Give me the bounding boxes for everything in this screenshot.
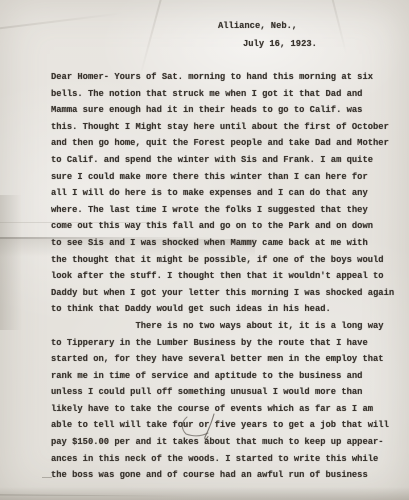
letter-line: sure I could make more there this winter… xyxy=(51,169,403,186)
place-line: Alliance, Neb., xyxy=(218,21,297,31)
letter-line: to see Sis and I was shocked when Mammy … xyxy=(51,235,403,252)
letter-line: to think that Daddy would get such ideas… xyxy=(51,301,403,318)
crease-mark xyxy=(0,12,124,30)
letter-line: There is no two ways about it, it is a l… xyxy=(51,318,403,335)
letter-line: able to tell will take four or five year… xyxy=(51,417,403,434)
letter-line: where. The last time I wrote the folks I… xyxy=(51,202,403,219)
letter-line: this. Thought I Might stay here until ab… xyxy=(51,119,403,136)
crease-mark xyxy=(331,0,348,55)
letter-body: Dear Homer- Yours of Sat. morning to han… xyxy=(51,69,403,484)
letter-page: Alliance, Neb., July 16, 1923. Dear Home… xyxy=(0,0,409,500)
letter-line: to Tipperary in the Lumber Business by t… xyxy=(51,335,403,352)
letter-line: bells. The notion that struck me when I … xyxy=(51,86,403,103)
crease-mark xyxy=(0,195,22,330)
crease-mark xyxy=(139,0,164,79)
date-line: July 16, 1923. xyxy=(243,39,317,49)
letter-line: started on, for they have several better… xyxy=(51,351,403,368)
letter-line: likely have to take the course of events… xyxy=(51,401,403,418)
letter-line: all I will do here is to make expenses a… xyxy=(51,185,403,202)
letter-line: look after the stuff. I thought then tha… xyxy=(51,268,403,285)
letter-line: Dear Homer- Yours of Sat. morning to han… xyxy=(51,69,403,86)
letter-line: to Calif. and spend the winter with Sis … xyxy=(51,152,403,169)
crease-mark xyxy=(0,494,185,496)
letter-line: the thought that it might be possible, i… xyxy=(51,252,403,269)
crease-mark xyxy=(0,487,409,500)
letter-line: rank me in time of service and aptitude … xyxy=(51,368,403,385)
letter-line: the boss was gone and of course had an a… xyxy=(51,467,403,484)
letter-line: unless I could pull off something unusua… xyxy=(51,384,403,401)
letter-line: ances in this neck of the woods. I start… xyxy=(51,451,403,468)
letter-line: Mamma sure enough had it in their heads … xyxy=(51,102,403,119)
letter-line: pay $150.00 per and it takes about that … xyxy=(51,434,403,451)
letter-line: come out this way this fall and go on to… xyxy=(51,218,403,235)
letter-line: and then go home, quit the Forest people… xyxy=(51,135,403,152)
letter-line: Daddy but when I got your letter this mo… xyxy=(51,285,403,302)
